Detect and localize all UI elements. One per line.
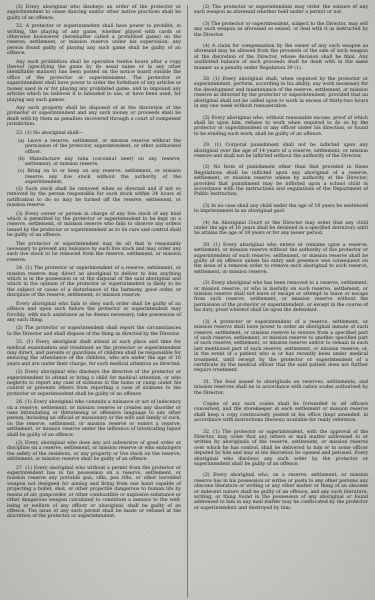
paragraph: (3) Every owner or person in charge of a… — [7, 212, 181, 239]
paragraph: Any such prohibition shall be operative … — [7, 60, 181, 103]
paragraph: (3) The protector or superintendent, sub… — [194, 22, 368, 38]
paragraph: 29. (1) Corporal punishment shall not be… — [194, 143, 368, 159]
paragraph: (4) A claim for compensation by the owne… — [194, 44, 368, 71]
paragraph: 23. (1) No aboriginal shall— — [7, 131, 181, 136]
paragraph: Any such property shall be disposed of a… — [7, 106, 181, 128]
paragraph: (2) Every aboriginal who disobeys an ord… — [7, 5, 181, 21]
paragraph: 30. (1) Every aboriginal who enters or r… — [194, 243, 368, 275]
paragraph: (2) Every aboriginal who, on a reserve, … — [194, 473, 368, 511]
paragraph: Copies of any such scales shall be forwa… — [194, 402, 368, 424]
paragraph: (4) An Aboriginal Court or the Director … — [194, 221, 368, 237]
paragraph: 24. (1) The protector or superintendent … — [7, 266, 181, 298]
paragraph: (2) Every aboriginal who does any act su… — [7, 441, 181, 463]
paragraph: The protector or superintendent may do a… — [7, 242, 181, 264]
paragraph: 26. (1) Every aboriginal who commits a n… — [7, 400, 181, 438]
paragraph: (a) Leave a reserve, settlement, or miss… — [25, 139, 181, 155]
paragraph: (3) A protector or superintendent of a r… — [194, 320, 368, 374]
paragraph: (3) In no case shall any child under the… — [194, 204, 368, 215]
paragraph: (2) The protector or superintendent may … — [194, 5, 368, 16]
paragraph: (2) Such stock shall be removed when so … — [7, 187, 181, 209]
paragraph: (2) The protector or superintendent shal… — [7, 326, 181, 337]
paragraph: 31. The food issued to aboriginals on re… — [194, 380, 368, 396]
column-rule — [187, 5, 188, 598]
paragraph: (b) Manufacture any tuba (cocoanut beer)… — [25, 157, 181, 168]
scanned-page: (2) Every aboriginal who disobeys an ord… — [0, 0, 375, 600]
paragraph: 27. (1) Every aboriginal who without a p… — [7, 466, 181, 520]
paragraph: (2) Every aboriginal who has been remove… — [194, 281, 368, 313]
text-column-left: (2) Every aboriginal who disobeys an ord… — [7, 5, 181, 598]
paragraph: (c) Bring on to or keep on any reserve, … — [25, 169, 181, 185]
paragraph: 22. A protector or superintendent shall … — [7, 24, 181, 56]
text-column-right: (2) The protector or superintendent may … — [194, 5, 368, 598]
paragraph: 28. (1) Every aboriginal shall, when req… — [194, 77, 368, 109]
paragraph: (2) Every aboriginal who disobeys the di… — [7, 370, 181, 397]
paragraph: 25. (1) Every aboriginal shall attend at… — [7, 340, 181, 367]
paragraph: (2) Every aboriginal who, without reason… — [194, 116, 368, 138]
paragraph: 32. (1) The protector or superintendent,… — [194, 430, 368, 468]
paragraph: (2) No form of punishment other than tha… — [194, 165, 368, 197]
paragraph: Every aboriginal who fails to obey such … — [7, 302, 181, 324]
